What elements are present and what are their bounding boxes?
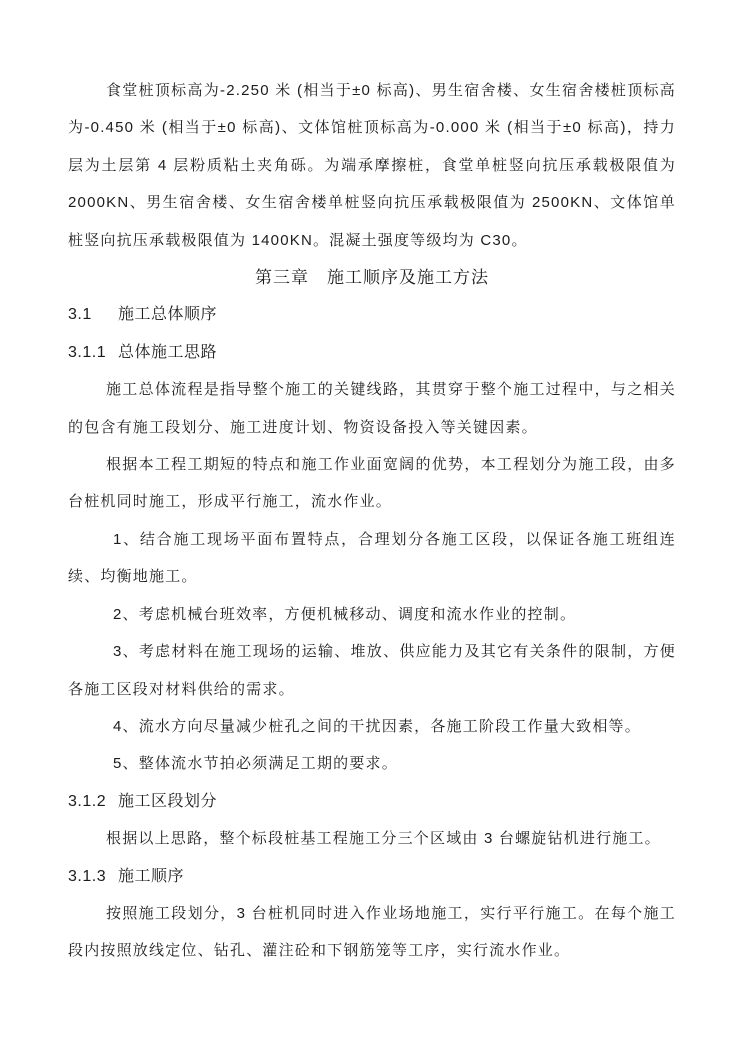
list-item-2: 2、考虑机械台班效率，方便机械移动、调度和流水作业的控制。 [68,596,676,633]
chapter-title: 施工顺序及施工方法 [327,268,489,287]
list-item-5: 5、整体流水节拍必须满足工期的要求。 [68,745,676,782]
section-heading-3-1-3: 3.1.3施工顺序 [68,858,676,895]
section-title: 施工区段划分 [118,793,217,810]
section-title: 施工顺序 [118,868,184,885]
section-title: 施工总体顺序 [118,306,217,323]
section-heading-3-1-1: 3.1.1总体施工思路 [68,334,676,371]
division-paragraph: 根据以上思路，整个标段桩基工程施工分三个区域由 3 台螺旋钻机进行施工。 [68,820,676,857]
chapter-heading: 第三章施工顺序及施工方法 [68,259,676,296]
list-item-3: 3、考虑材料在施工现场的运输、堆放、供应能力及其它有关条件的限制，方便各施工区段… [68,633,676,708]
document-page: 食堂桩顶标高为-2.250 米 (相当于±0 标高)、男生宿舍楼、女生宿舍楼桩顶… [0,0,744,1052]
section-number: 3.1.1 [68,334,118,371]
chapter-number: 第三章 [255,268,309,287]
list-item-1: 1、结合施工现场平面布置特点，合理划分各施工区段，以保证各施工班组连续、均衡地施… [68,521,676,596]
section-number: 3.1.2 [68,783,118,820]
section-heading-3-1: 3.1施工总体顺序 [68,296,676,333]
section-title: 总体施工思路 [118,344,217,361]
section-number: 3.1 [68,296,118,333]
list-item-4: 4、流水方向尽量减少桩孔之间的干扰因素，各施工阶段工作量大致相等。 [68,708,676,745]
section-heading-3-1-2: 3.1.2施工区段划分 [68,783,676,820]
section-number: 3.1.3 [68,858,118,895]
intro-paragraph: 食堂桩顶标高为-2.250 米 (相当于±0 标高)、男生宿舍楼、女生宿舍楼桩顶… [68,72,676,259]
overview-paragraph-1: 施工总体流程是指导整个施工的关键线路，其贯穿于整个施工过程中，与之相关的包含有施… [68,371,676,446]
overview-paragraph-2: 根据本工程工期短的特点和施工作业面宽阔的优势，本工程划分为施工段，由多台桩机同时… [68,446,676,521]
sequence-paragraph: 按照施工段划分，3 台桩机同时进入作业场地施工，实行平行施工。在每个施工段内按照… [68,895,676,970]
